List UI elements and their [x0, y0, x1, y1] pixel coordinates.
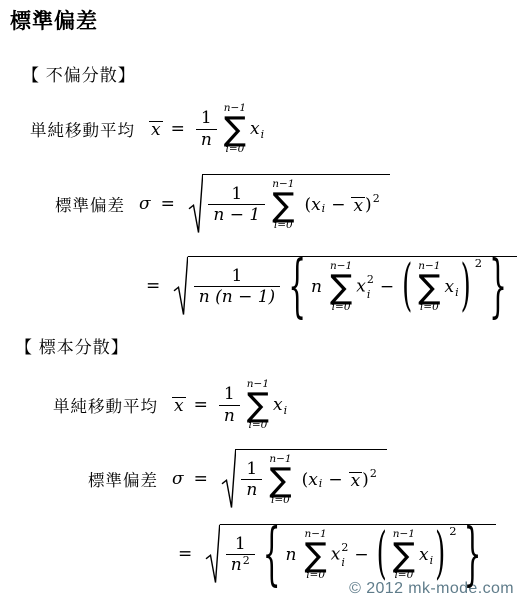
radical-icon [205, 524, 220, 584]
left-brace: { [263, 521, 281, 590]
denominator: n (n − 1) [194, 286, 280, 307]
sum-lower-limit: i=0 [332, 302, 351, 313]
sigma-sum-icon: ∑ [418, 273, 440, 300]
summation: n−1 ∑ i=0 [330, 260, 352, 314]
formula-sma-unbiased: 単純移動平均 x = 1 n n−1 ∑ i=0 xi [30, 97, 264, 161]
fraction: 1 n (n − 1) [194, 266, 280, 308]
subscript-i: i [455, 286, 459, 299]
sigma-sum-icon: ∑ [393, 541, 415, 568]
x-sub-i: xi [250, 119, 264, 139]
equals-sign: = [146, 276, 160, 296]
squared-deviation: ( xi − x ) 2 [304, 195, 379, 215]
var-x: x [250, 119, 260, 139]
superscript-2: 2 [373, 192, 380, 205]
subscript-i: i [341, 557, 345, 568]
formula-label: 標準偏差 [88, 467, 158, 491]
sup-sub-stack: 2i [367, 274, 374, 300]
fraction: 1 n [219, 384, 240, 426]
denominator: n [196, 129, 217, 150]
summation: n−1 ∑ i=0 [304, 528, 326, 582]
big-right-paren: ) [461, 259, 471, 315]
square-root: 1 n n−1 ∑ i=0 ( xi − x ) 2 [221, 449, 387, 509]
numerator: 1 [230, 534, 251, 554]
equals-sign: = [194, 395, 208, 415]
sum-lower-limit: i=0 [420, 302, 439, 313]
sum-lower-limit: i=0 [394, 570, 413, 581]
sum-lower-limit: i=0 [274, 220, 293, 231]
section-heading-unbiased: 【 不偏分散】 [22, 61, 136, 86]
square-root: 1 n2 { n n−1 ∑ i=0 x2i − ( n−1 ∑ i=0 [205, 524, 496, 584]
summation: n−1 ∑ i=0 [393, 528, 415, 582]
sup-sub-stack: 2i [341, 542, 348, 568]
sum-lower-limit: i=0 [306, 570, 325, 581]
var-x: x [174, 396, 184, 416]
fraction: 1 n [196, 108, 217, 150]
squared-deviation: ( xi − x ) 2 [302, 470, 377, 490]
section-heading-sample: 【 標本分散】 [15, 333, 129, 358]
formula-sma-sample: 単純移動平均 x = 1 n n−1 ∑ i=0 xi [53, 373, 287, 437]
var-n: n [311, 277, 322, 297]
radical-icon [221, 449, 236, 509]
radical-icon [188, 174, 203, 234]
x-sub-i: xi [419, 545, 433, 565]
superscript-2: 2 [370, 467, 377, 480]
x-bar: x [172, 397, 186, 413]
left-paren: ( [304, 195, 311, 215]
var-x: x [151, 120, 161, 140]
superscript-2: 2 [367, 274, 374, 285]
sigma-sum-icon: ∑ [247, 391, 269, 418]
right-brace: } [464, 521, 482, 590]
formula-label: 単純移動平均 [53, 393, 158, 417]
fraction: 1 n − 1 [208, 184, 265, 226]
summation: n−1 ∑ i=0 [247, 378, 269, 432]
sigma-sum-icon: ∑ [224, 115, 246, 142]
copyright-watermark: © 2012 mk-mode.com [349, 580, 514, 598]
var-n: n [246, 480, 257, 500]
var-n: n [201, 130, 212, 150]
var-n: n [224, 406, 235, 426]
x-sub-i: xi [444, 277, 458, 297]
left-paren: ( [302, 470, 309, 490]
x-sub-i: xi [273, 395, 287, 415]
var-x: x [356, 276, 366, 296]
right-paren: ) [362, 470, 369, 490]
superscript-2: 2 [449, 524, 456, 538]
right-brace: } [489, 253, 507, 322]
n-times-n-minus-1: n (n − 1) [199, 287, 275, 307]
var-x: x [308, 470, 318, 490]
denominator: n [219, 405, 240, 426]
equals-sign: = [171, 119, 185, 139]
big-left-paren: ( [402, 259, 412, 315]
var-x: x [353, 196, 363, 216]
var-n: n [286, 545, 297, 565]
var-x: x [331, 544, 341, 564]
sum-lower-limit: i=0 [226, 144, 245, 155]
document-page: 標準偏差 【 不偏分散】 単純移動平均 x = 1 n n−1 ∑ i=0 xi… [0, 0, 517, 602]
var-x: x [273, 395, 283, 415]
sigma-letter: σ [172, 469, 184, 489]
numerator: 1 [196, 108, 217, 128]
radical-icon [173, 256, 188, 316]
subscript-i: i [319, 477, 323, 490]
big-right-paren: ) [435, 527, 445, 583]
denominator: n − 1 [208, 204, 265, 225]
x-bar: x [149, 121, 163, 137]
subscript-i: i [367, 289, 371, 300]
sigma-sum-icon: ∑ [269, 466, 291, 493]
superscript-2: 2 [475, 256, 482, 270]
sigma-sum-icon: ∑ [330, 273, 352, 300]
formula-label: 標準偏差 [55, 192, 125, 216]
sigma-sum-icon: ∑ [304, 541, 326, 568]
superscript-2: 2 [243, 554, 250, 567]
x-bar: x [351, 197, 365, 213]
subscript-i: i [322, 202, 326, 215]
summation: n−1 ∑ i=0 [224, 102, 246, 156]
minus-sign: − [331, 195, 345, 215]
formula-label: 単純移動平均 [30, 117, 135, 141]
square-root: 1 n (n − 1) { n n−1 ∑ i=0 x2i − ( n−1 ∑ … [173, 256, 517, 316]
minus-sign: − [380, 277, 394, 297]
summation: n−1 ∑ i=0 [269, 453, 291, 507]
big-left-paren: ( [377, 527, 387, 583]
x-sub-i-squared: x2i [331, 542, 349, 568]
equals-sign: = [178, 544, 192, 564]
n-minus-1: n − 1 [213, 205, 260, 225]
equals-sign: = [161, 194, 175, 214]
sigma-sum-icon: ∑ [272, 191, 294, 218]
square-root: 1 n − 1 n−1 ∑ i=0 ( xi − x ) 2 [188, 174, 390, 234]
subscript-i: i [430, 554, 434, 567]
right-paren: ) [365, 195, 372, 215]
equals-sign: = [194, 469, 208, 489]
formula-sd-unbiased-expanded: = 1 n (n − 1) { n n−1 ∑ i=0 x2i − ( [146, 241, 517, 331]
sum-lower-limit: i=0 [249, 420, 268, 431]
var-x: x [444, 277, 454, 297]
formula-sd-unbiased: 標準偏差 σ = 1 n − 1 n−1 ∑ i=0 ( xi − x [55, 166, 390, 242]
x-bar: x [349, 472, 363, 488]
summation: n−1 ∑ i=0 [272, 178, 294, 232]
var-x: x [311, 195, 321, 215]
numerator: 1 [241, 459, 262, 479]
fraction: 1 n [241, 459, 262, 501]
left-brace: { [288, 253, 306, 322]
x-sub-i-squared: x2i [356, 274, 374, 300]
var-n: n [231, 555, 242, 575]
page-title: 標準偏差 [10, 5, 98, 35]
sigma-letter: σ [139, 194, 151, 214]
fraction: 1 n2 [226, 534, 255, 576]
subscript-i: i [284, 404, 288, 417]
subscript-i: i [261, 128, 265, 141]
formula-sd-sample: 標準偏差 σ = 1 n n−1 ∑ i=0 ( xi − x [88, 441, 387, 517]
var-x: x [419, 545, 429, 565]
numerator: 1 [226, 184, 247, 204]
minus-sign: − [354, 545, 368, 565]
sum-lower-limit: i=0 [271, 495, 290, 506]
summation: n−1 ∑ i=0 [418, 260, 440, 314]
minus-sign: − [328, 470, 342, 490]
numerator: 1 [219, 384, 240, 404]
denominator: n [241, 479, 262, 500]
var-x: x [351, 471, 361, 491]
numerator: 1 [227, 266, 248, 286]
superscript-2: 2 [341, 542, 348, 553]
denominator: n2 [226, 554, 255, 575]
